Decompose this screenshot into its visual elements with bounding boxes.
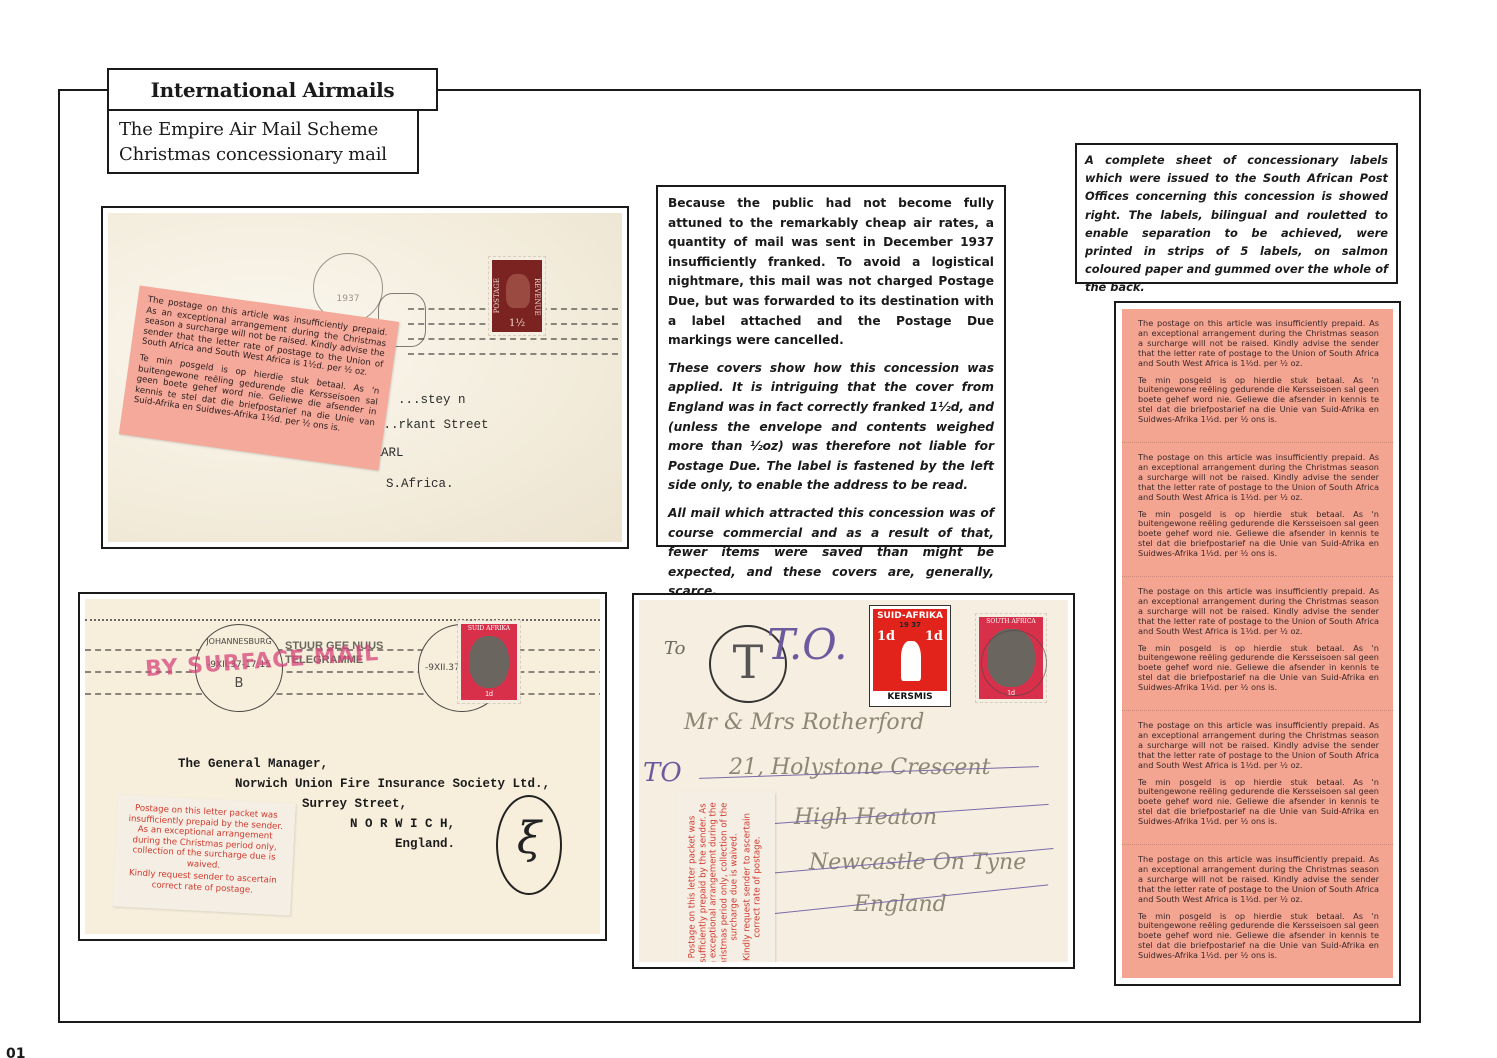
label-english-text: The postage on this article was insuffic… [1138, 855, 1379, 905]
sheet-label-4: The postage on this article was insuffic… [1122, 711, 1393, 845]
label-strip: The postage on this article was insuffic… [1122, 309, 1393, 978]
red-concession-label: Postage on this letter packet was insuff… [112, 794, 296, 915]
perforation-line [85, 619, 600, 621]
oval-cancel-mark: ξ [496, 795, 562, 895]
label-english-text: The postage on this article was insuffic… [1138, 319, 1379, 369]
stamp-george-vi: POSTAGE REVENUE 1½ [489, 257, 545, 335]
cover-durban-to-newcastle: To T T.O. SUID-AFRIKA 19 37 1d1d KERSMIS… [632, 593, 1075, 969]
stamp-south-africa-1d: SUID AFRIKA 1d [458, 621, 520, 703]
envelope: JOHANNESBURG -9XII.37-17:15 B -9XII.37-1… [85, 599, 600, 934]
red-label-text: Postage on this letter packet was insuff… [124, 803, 285, 874]
sheet-label-1: The postage on this article was insuffic… [1122, 309, 1393, 443]
postmark [981, 630, 1047, 696]
label-english-text: The postage on this article was insuffic… [1138, 587, 1379, 637]
machine-cancel-line [85, 693, 600, 695]
subtitle-line-2: Christmas concessionary mail [119, 142, 407, 167]
red-concession-label: Postage on this letter packet was insuff… [677, 792, 775, 962]
cover-england-to-paarl: 1937 POSTAGE REVENUE 1½ ...stey n ...rka… [101, 206, 629, 549]
page-subtitle: The Empire Air Mail Scheme Christmas con… [107, 111, 419, 174]
sheet-label-5: The postage on this article was insuffic… [1122, 845, 1393, 978]
sheet-label-3: The postage on this article was insuffic… [1122, 577, 1393, 711]
child-figure-icon [901, 641, 921, 681]
address-line: Surrey Street, [302, 797, 407, 811]
description-paragraph-1: Because the public had not become fully … [668, 194, 994, 351]
handwritten-to-mark: T.O. [767, 620, 848, 669]
label-afrikaans-text: Te min posgeld is op hierdie stuk betaal… [1138, 912, 1379, 962]
description-paragraph-3: All mail which attracted this concession… [668, 504, 994, 602]
label-afrikaans-text: Te min posgeld is op hierdie stuk betaal… [1138, 778, 1379, 828]
description-paragraph-2: These covers show how this concession wa… [668, 359, 994, 496]
subtitle-line-1: The Empire Air Mail Scheme [119, 117, 407, 142]
label-afrikaans-text: Te min posgeld is op hierdie stuk betaal… [1138, 376, 1379, 426]
envelope: 1937 POSTAGE REVENUE 1½ ...stey n ...rka… [108, 213, 622, 542]
cover-johannesburg-to-norwich: JOHANNESBURG -9XII.37-17:15 B -9XII.37-1… [78, 592, 607, 941]
sheet-label-2: The postage on this article was insuffic… [1122, 443, 1393, 577]
label-sheet: The postage on this article was insuffic… [1114, 301, 1401, 986]
label-english-text: The postage on this article was insuffic… [1138, 721, 1379, 771]
page-number: 01 [6, 1046, 25, 1058]
page-title: International Airmails [107, 68, 438, 111]
machine-cancel-line [408, 353, 618, 355]
address-line: Mr & Mrs Rotherford [684, 710, 924, 735]
handwritten-to-mark-2: TO [643, 758, 682, 788]
address-line: N O R W I C H, [350, 817, 455, 831]
address-line: Norwich Union Fire Insurance Society Ltd… [235, 777, 550, 791]
christmas-seal: SUID-AFRIKA 19 37 1d1d KERSMIS [870, 606, 950, 706]
description-panel: Because the public had not become fully … [656, 185, 1006, 547]
king-portrait-icon [506, 274, 530, 308]
red-label-text: Kindly request sender to ascertain corre… [742, 797, 763, 962]
address-line: England. [395, 837, 455, 851]
sheet-note-panel: A complete sheet of concessionary labels… [1075, 143, 1398, 284]
address-line: The General Manager, [178, 757, 328, 771]
to-prefix: To [664, 638, 685, 659]
label-english-text: The postage on this article was insuffic… [1138, 453, 1379, 503]
ship-icon [469, 636, 509, 688]
label-afrikaans-text: Te min posgeld is op hierdie stuk betaal… [1138, 644, 1379, 694]
address-line: ...stey n [398, 393, 466, 407]
envelope: To T T.O. SUID-AFRIKA 19 37 1d1d KERSMIS… [639, 600, 1068, 962]
address-line: ...rkant Street [376, 418, 489, 432]
address-line: S.Africa. [386, 477, 454, 491]
label-afrikaans-text: Te min posgeld is op hierdie stuk betaal… [1138, 510, 1379, 560]
machine-cancel-line [408, 338, 618, 340]
red-label-text: Postage on this letter packet was insuff… [687, 797, 740, 962]
